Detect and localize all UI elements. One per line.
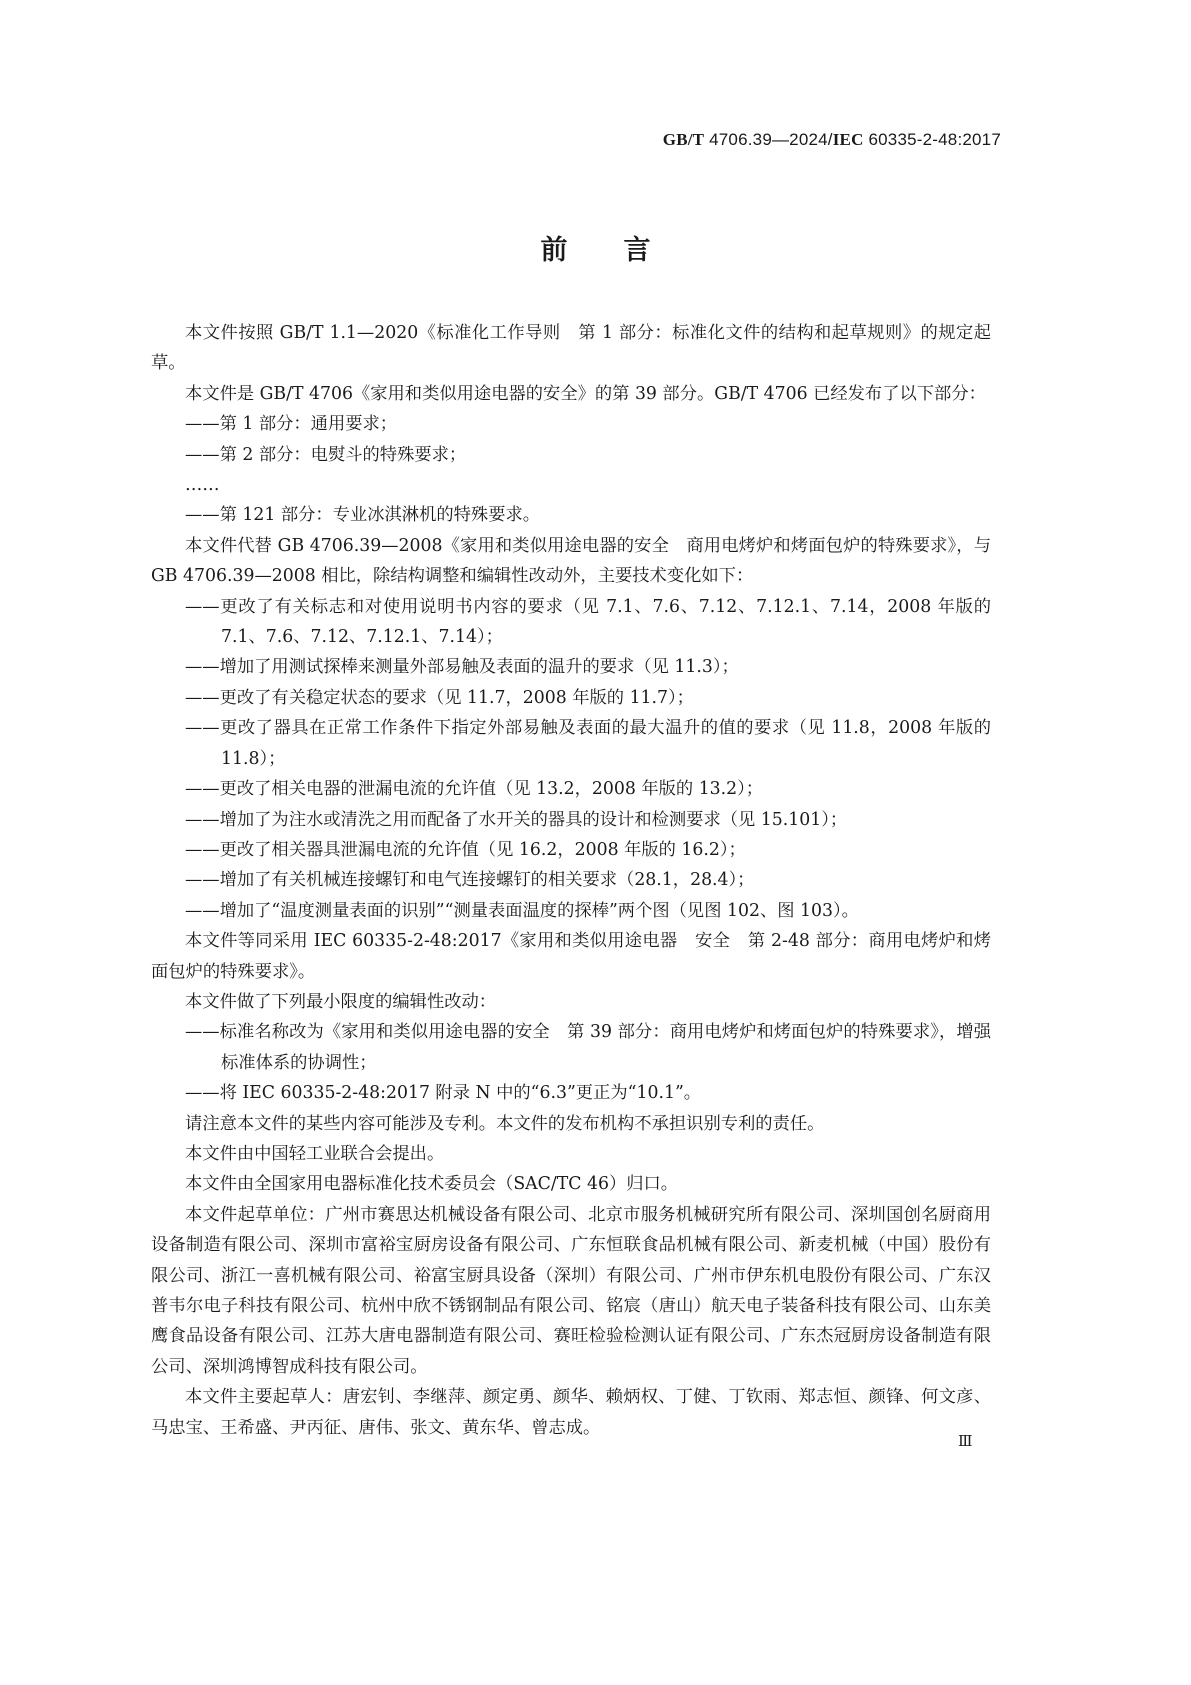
- paragraph: 本文件等同采用 IEC 60335-2-48:2017《家用和类似用途电器 安全…: [151, 926, 991, 987]
- list-item: ——增加了“温度测量表面的识别”“测量表面温度的探棒”两个图（见图 102、图 …: [151, 896, 991, 926]
- paragraph: 本文件起草单位：广州市赛思达机械设备有限公司、北京市服务机械研究所有限公司、深圳…: [151, 1200, 991, 1382]
- list-item: ——更改了有关标志和对使用说明书内容的要求（见 7.1、7.6、7.12、7.1…: [151, 592, 991, 653]
- paragraph: 本文件由全国家用电器标准化技术委员会（SAC/TC 46）归口。: [151, 1169, 991, 1199]
- list-item: ——第 1 部分：通用要求；: [151, 409, 991, 439]
- list-item: ——增加了用测试探棒来测量外部易触及表面的温升的要求（见 11.3）；: [151, 652, 991, 682]
- list-item: ——更改了相关电器的泄漏电流的允许值（见 13.2，2008 年版的 13.2）…: [151, 774, 991, 804]
- list-item: ——第 2 部分：电熨斗的特殊要求；: [151, 440, 991, 470]
- list-item: ——更改了相关器具泄漏电流的允许值（见 16.2，2008 年版的 16.2）；: [151, 835, 991, 865]
- paragraph: 本文件由中国轻工业联合会提出。: [151, 1139, 991, 1169]
- header-iec-prefix: IEC: [833, 130, 864, 149]
- list-item: ——将 IEC 60335-2-48:2017 附录 N 中的“6.3”更正为“…: [151, 1078, 991, 1108]
- paragraph: 本文件是 GB/T 4706《家用和类似用途电器的安全》的第 39 部分。GB/…: [151, 379, 991, 409]
- header-standard-number: 4706.39—2024/: [704, 130, 833, 149]
- list-item: ——增加了有关机械连接螺钉和电气连接螺钉的相关要求（28.1，28.4）；: [151, 865, 991, 895]
- list-ellipsis: ……: [151, 470, 991, 500]
- paragraph: 本文件主要起草人：唐宏钊、李继萍、颜定勇、颜华、赖炳权、丁健、丁钦雨、郑志恒、颜…: [151, 1382, 991, 1443]
- list-item: ——增加了为注水或清洗之用而配备了水开关的器具的设计和检测要求（见 15.101…: [151, 805, 991, 835]
- list-item: ——更改了有关稳定状态的要求（见 11.7，2008 年版的 11.7）；: [151, 683, 991, 713]
- header-iec-number: 60335-2-48:2017: [864, 130, 1001, 149]
- list-item: ——更改了器具在正常工作条件下指定外部易触及表面的最大温升的值的要求（见 11.…: [151, 713, 991, 774]
- page-title: 前言: [0, 228, 1191, 267]
- list-item: ——标准名称改为《家用和类似用途电器的安全 第 39 部分：商用电烤炉和烤面包炉…: [151, 1017, 991, 1078]
- document-header: GB/T 4706.39—2024/IEC 60335-2-48:2017: [663, 130, 1001, 150]
- header-standard-prefix: GB/T: [663, 130, 704, 149]
- paragraph: 本文件做了下列最小限度的编辑性改动：: [151, 987, 991, 1017]
- paragraph: 请注意本文件的某些内容可能涉及专利。本文件的发布机构不承担识别专利的责任。: [151, 1109, 991, 1139]
- list-item: ——第 121 部分：专业冰淇淋机的特殊要求。: [151, 500, 991, 530]
- paragraph: 本文件代替 GB 4706.39—2008《家用和类似用途电器的安全 商用电烤炉…: [151, 531, 991, 592]
- foreword-body: 本文件按照 GB/T 1.1—2020《标准化工作导则 第 1 部分：标准化文件…: [151, 318, 991, 1443]
- paragraph: 本文件按照 GB/T 1.1—2020《标准化工作导则 第 1 部分：标准化文件…: [151, 318, 991, 379]
- page-number: Ⅲ: [958, 1432, 972, 1450]
